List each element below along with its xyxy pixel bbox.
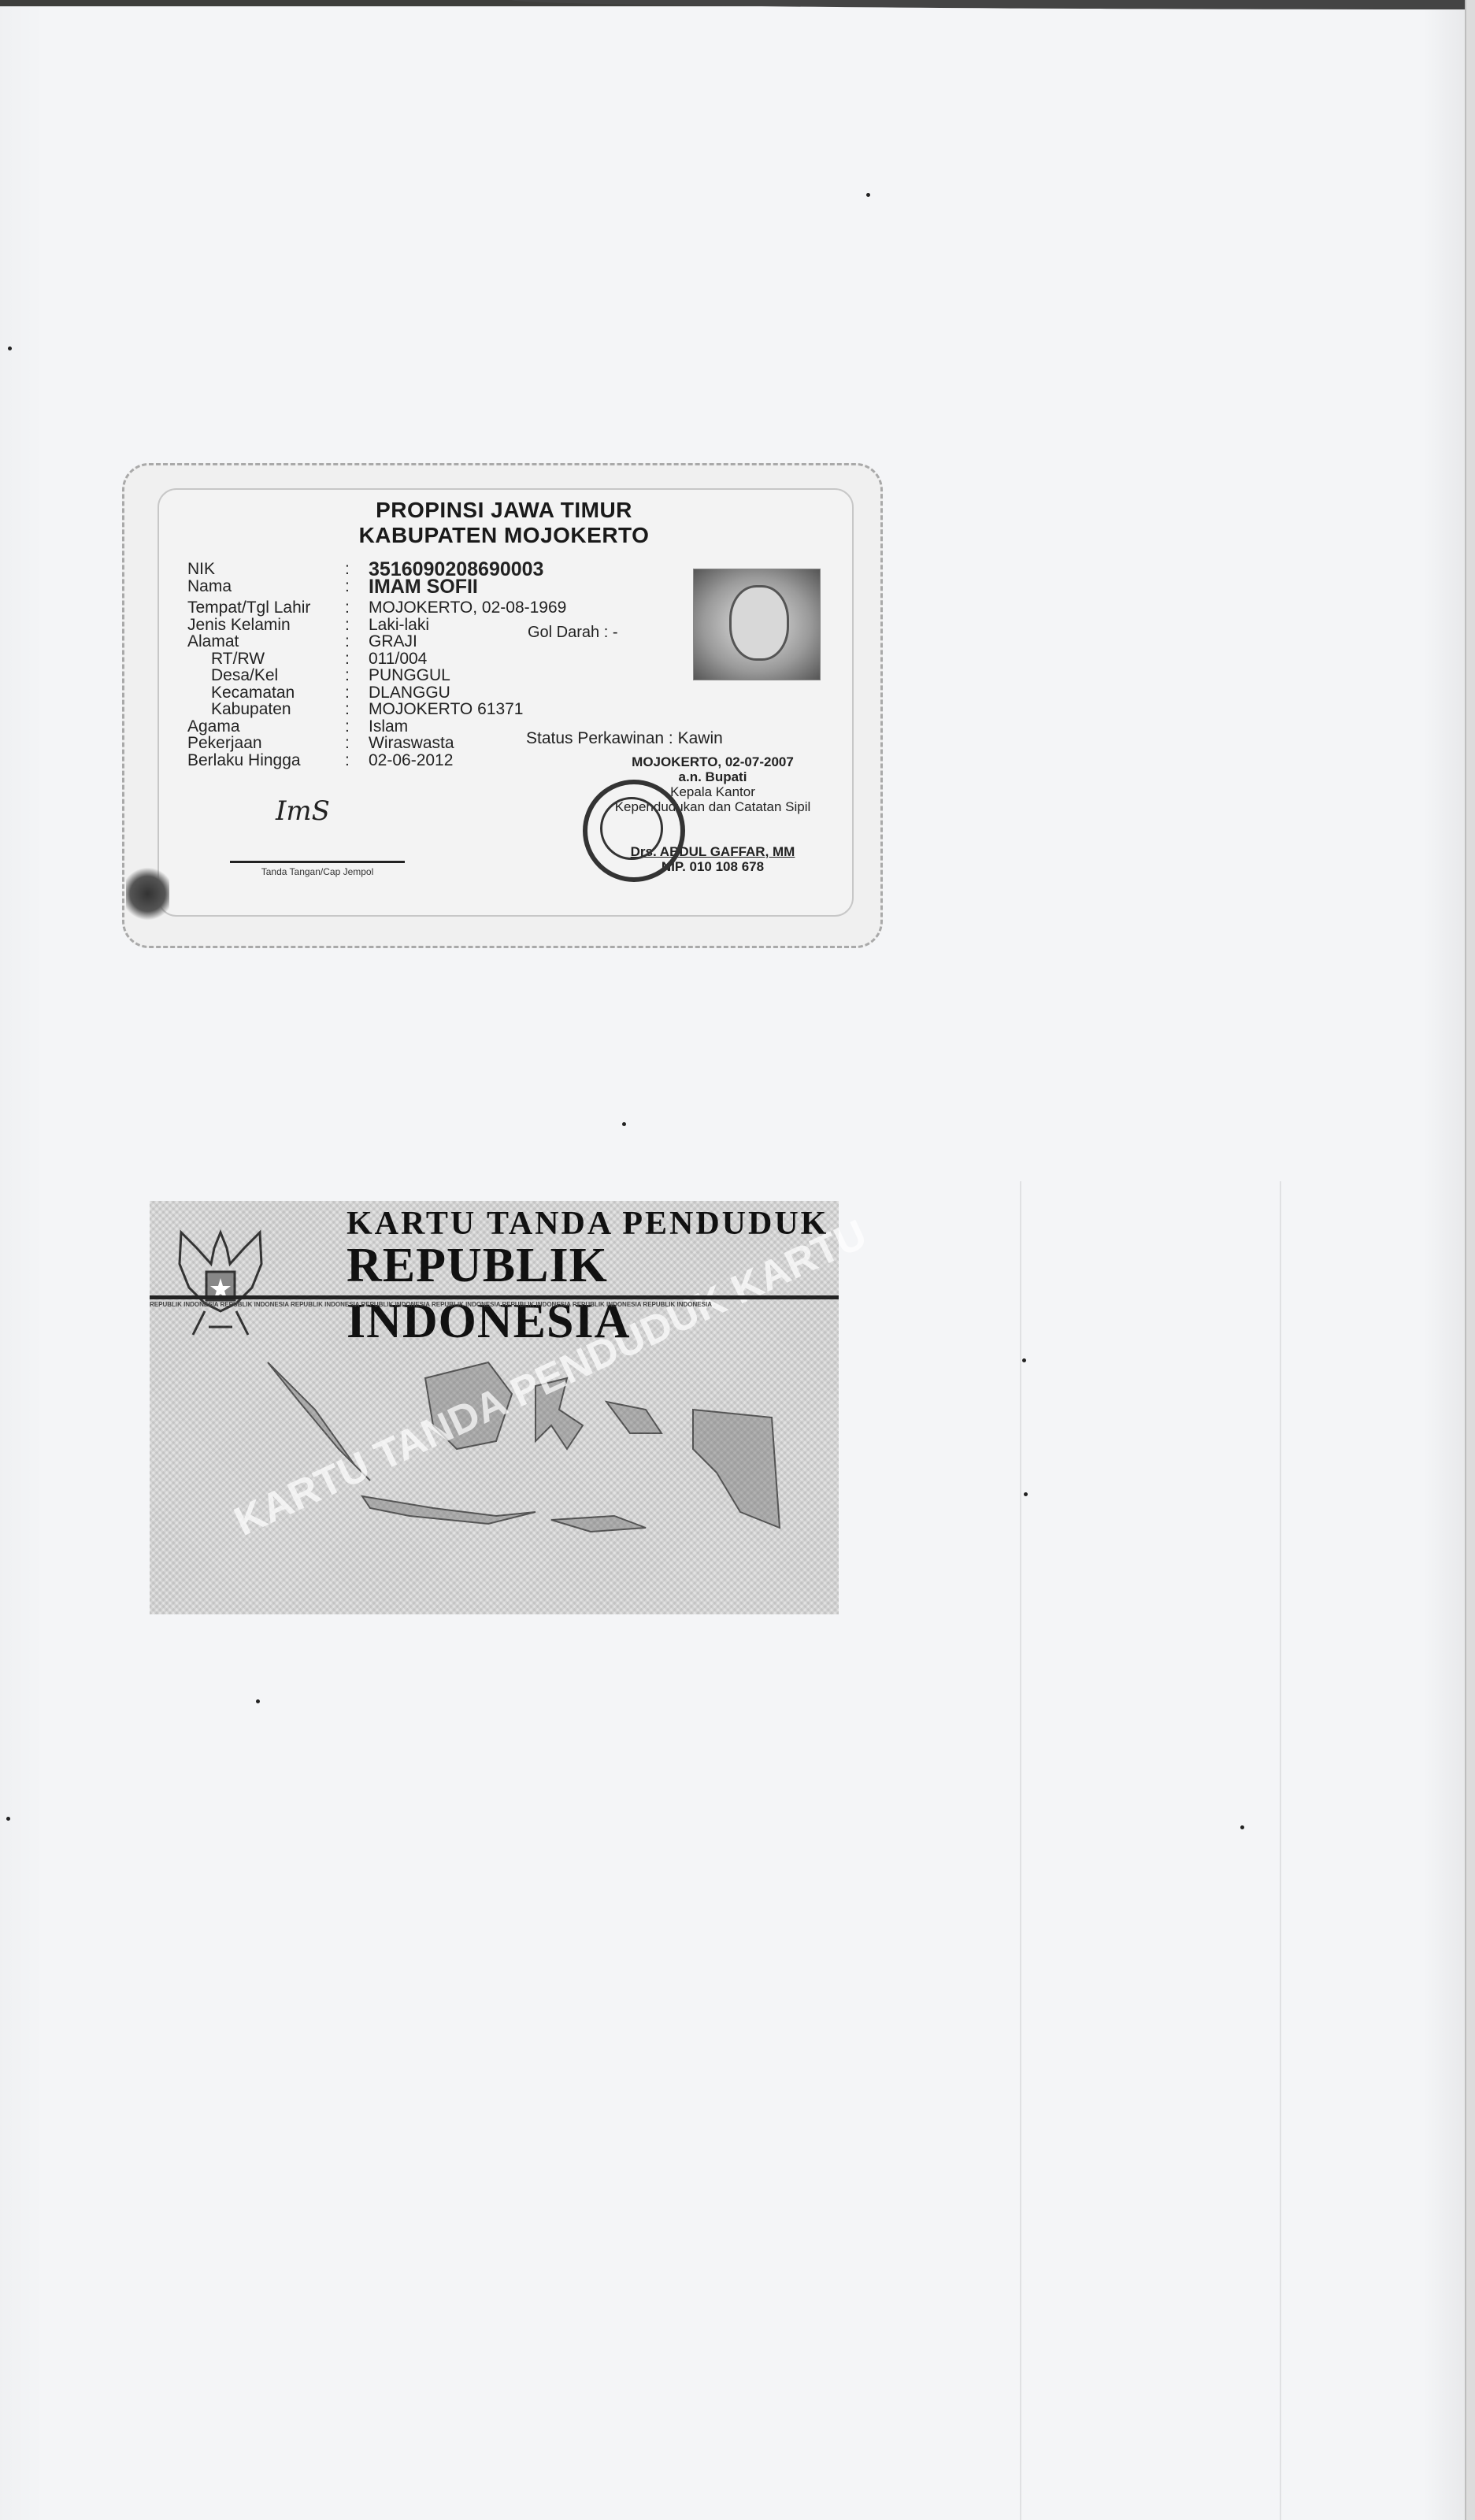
field-row: Berlaku Hingga:02-06-2012 <box>187 752 453 769</box>
field-value: PUNGGUL <box>369 667 450 684</box>
speck <box>1024 1492 1028 1496</box>
field-separator: : <box>345 667 369 684</box>
fold-line <box>1280 1181 1281 2520</box>
field-label: Berlaku Hingga <box>187 752 345 769</box>
field-value: DLANGGU <box>369 684 450 702</box>
field-label: Kecamatan <box>187 684 345 702</box>
province-title: PROPINSI JAWA TIMUR <box>158 498 851 523</box>
field-row: Jenis Kelamin:Laki-laki <box>187 617 429 634</box>
back-title-line2: REPUBLIK INDONESIA <box>347 1238 835 1350</box>
field-separator: : <box>345 599 369 617</box>
signature-caption: Tanda Tangan/Cap Jempol <box>230 866 405 877</box>
field-label: Agama <box>187 718 345 736</box>
field-value: 02-06-2012 <box>369 752 453 769</box>
field-separator: : <box>345 752 369 769</box>
title-underline <box>150 1295 839 1299</box>
speck <box>6 1817 10 1821</box>
field-separator: : <box>345 718 369 736</box>
field-separator: : <box>345 684 369 702</box>
field-row: NIK:3516090208690003 <box>187 561 543 578</box>
field-label: RT/RW <box>187 650 345 668</box>
garuda-emblem-icon <box>173 1217 268 1347</box>
field-separator: : <box>345 650 369 668</box>
field-label: Tempat/Tgl Lahir <box>187 599 345 617</box>
speck <box>8 346 12 350</box>
face-icon <box>729 585 789 661</box>
field-separator: : <box>345 633 369 650</box>
marital-status: Status Perkawinan : Kawin <box>526 729 723 748</box>
field-row: Agama:Islam <box>187 718 408 736</box>
regency-title: KABUPATEN MOJOKERTO <box>158 523 851 548</box>
field-row: RT/RW:011/004 <box>187 650 427 668</box>
paper-edge <box>1465 0 1475 2520</box>
field-separator: : <box>345 578 369 595</box>
field-separator: : <box>345 617 369 634</box>
thumbprint-smudge <box>126 866 169 921</box>
microprint: REPUBLIK INDONESIA REPUBLIK INDONESIA RE… <box>150 1301 839 1308</box>
field-row: Desa/Kel:PUNGGUL <box>187 667 450 684</box>
field-label: Nama <box>187 578 345 595</box>
speck <box>622 1122 626 1126</box>
field-row: Alamat:GRAJI <box>187 633 417 650</box>
field-value: GRAJI <box>369 633 417 650</box>
speck <box>256 1699 260 1703</box>
speck <box>1240 1825 1244 1829</box>
field-row: Tempat/Tgl Lahir:MOJOKERTO, 02-08-1969 <box>187 599 566 617</box>
blood-type: Gol Darah : - <box>528 624 617 642</box>
field-value: IMAM SOFII <box>369 578 478 595</box>
field-row: Kecamatan:DLANGGU <box>187 684 450 702</box>
field-label: Pekerjaan <box>187 735 345 752</box>
field-value: Wiraswasta <box>369 735 454 752</box>
card-header: PROPINSI JAWA TIMUR KABUPATEN MOJOKERTO <box>158 498 851 548</box>
field-separator: : <box>345 735 369 752</box>
field-row: Pekerjaan:Wiraswasta <box>187 735 454 752</box>
field-separator: : <box>345 701 369 718</box>
field-label: Alamat <box>187 633 345 650</box>
fold-line <box>1020 1181 1021 2520</box>
owner-signature: ImS <box>276 795 330 827</box>
field-value: Islam <box>369 718 408 736</box>
field-value: Laki-laki <box>369 617 429 634</box>
official-stamp-icon <box>583 780 685 882</box>
field-value: MOJOKERTO 61371 <box>369 701 523 718</box>
signature-line <box>230 861 405 863</box>
back-title-line1: KARTU TANDA PENDUDUK <box>347 1205 835 1243</box>
field-value: MOJOKERTO, 02-08-1969 <box>369 599 566 617</box>
issue-place-date: MOJOKERTO, 02-07-2007 <box>606 754 819 769</box>
speck <box>866 193 870 197</box>
field-separator: : <box>345 561 369 578</box>
speck <box>1022 1358 1026 1362</box>
field-label: Jenis Kelamin <box>187 617 345 634</box>
field-row: Nama:IMAM SOFII <box>187 578 478 595</box>
field-label: Desa/Kel <box>187 667 345 684</box>
field-value: 011/004 <box>369 650 427 668</box>
field-label: NIK <box>187 561 345 578</box>
holder-photo <box>693 569 821 680</box>
field-row: Kabupaten:MOJOKERTO 61371 <box>187 701 523 718</box>
field-label: Kabupaten <box>187 701 345 718</box>
